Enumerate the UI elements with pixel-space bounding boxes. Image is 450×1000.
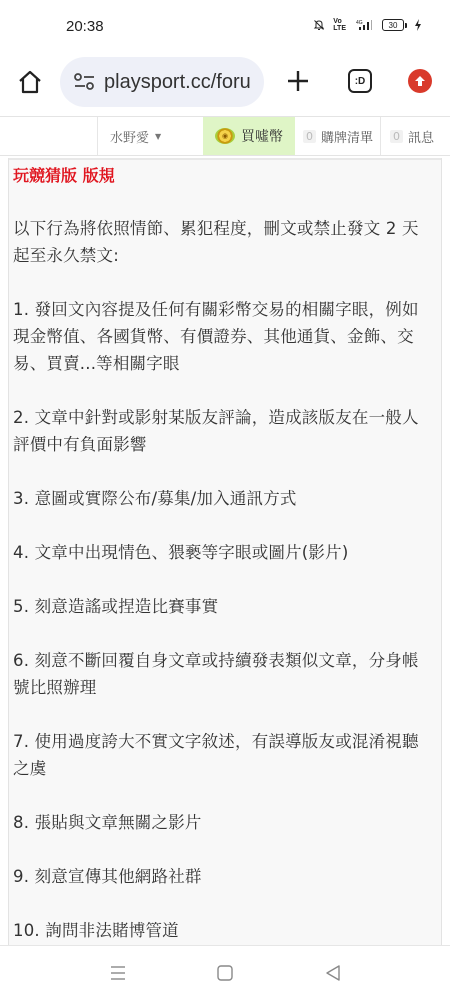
cart-count-badge: 0 (303, 130, 316, 143)
4g-signal-icon: 4G (354, 19, 374, 31)
divider (9, 158, 441, 160)
charging-icon (414, 19, 422, 31)
rule-item: 10. 詢問非法賭博管道 (13, 917, 435, 944)
rule-item: 2. 文章中針對或影射某版友評論，造成該版友在一般人評價中有負面影響 (13, 404, 435, 458)
tab-switcher-button[interactable]: :D (348, 69, 372, 93)
status-time: 20:38 (66, 18, 104, 35)
plus-icon (283, 66, 313, 96)
url-text[interactable]: playsport.cc/foru (104, 71, 251, 94)
forum-rules-panel: 玩競猜版 版規 以下行為將依照情節、累犯程度，刪文或禁止發文 2 天起至永久禁文… (8, 158, 442, 945)
back-button[interactable] (322, 962, 344, 984)
back-triangle-icon (324, 964, 342, 982)
rule-item: 3. 意圖或實際公布/募集/加入通訊方式 (13, 485, 435, 512)
site-settings-icon[interactable] (72, 72, 98, 92)
home-square-icon (216, 964, 234, 982)
battery-icon: 30 (382, 19, 404, 31)
caret-down-icon: ▼ (155, 132, 161, 141)
rule-item: 4. 文章中出現情色、猥褻等字眼或圖片(影片) (13, 539, 435, 566)
arrow-up-icon (414, 75, 426, 87)
site-nav: 水野愛 ▼ ◉ 買噓幣 0 購牌清單 0 訊息 (0, 116, 450, 156)
update-button[interactable] (408, 69, 432, 93)
home-icon (17, 69, 43, 95)
volte-icon: VoLTE (333, 18, 346, 32)
rule-item: 9. 刻意宣傳其他網路社群 (13, 863, 435, 890)
rule-item: 6. 刻意不斷回覆自身文章或持續發表類似文章，分身帳號比照辦理 (13, 647, 435, 701)
system-nav-bar (0, 945, 450, 1000)
browser-toolbar: playsport.cc/foru :D (0, 52, 450, 112)
address-bar[interactable]: playsport.cc/foru (60, 57, 264, 107)
rules-title: 玩競猜版 版規 (13, 164, 435, 188)
new-tab-button[interactable] (283, 66, 313, 96)
cart-label: 購牌清單 (321, 127, 373, 146)
msg-count-badge: 0 (390, 130, 403, 143)
rule-item: 8. 張貼與文章無關之影片 (13, 809, 435, 836)
rule-item: 5. 刻意造謠或捏造比賽事實 (13, 593, 435, 620)
mute-bell-icon (313, 19, 325, 31)
menu-icon (109, 964, 127, 982)
svg-text:4G: 4G (356, 20, 363, 26)
rules-intro: 以下行為將依照情節、累犯程度，刪文或禁止發文 2 天起至永久禁文: (13, 215, 435, 269)
home-nav-button[interactable] (214, 962, 236, 984)
user-name: 水野愛 (110, 127, 149, 146)
cart-link[interactable]: 0 購牌清單 (295, 117, 381, 155)
home-button[interactable] (14, 66, 46, 98)
status-icons: VoLTE 4G 30 (313, 18, 422, 32)
status-bar: 20:38 VoLTE 4G 30 (0, 0, 450, 52)
buy-coin-label: 買噓幣 (241, 126, 283, 146)
rule-item: 1. 發回文內容提及任何有關彩幣交易的相關字眼，例如現金幣值、各國貨幣、有價證券… (13, 296, 435, 377)
messages-link[interactable]: 0 訊息 (382, 117, 450, 155)
buy-coin-button[interactable]: ◉ 買噓幣 (203, 117, 295, 155)
rule-item: 7. 使用過度誇大不實文字敘述，有誤導版友或混淆視聽之虞 (13, 728, 435, 782)
user-menu[interactable]: 水野愛 ▼ (97, 117, 203, 155)
recents-button[interactable] (107, 962, 129, 984)
messages-label: 訊息 (408, 127, 434, 146)
coin-icon: ◉ (215, 128, 235, 144)
